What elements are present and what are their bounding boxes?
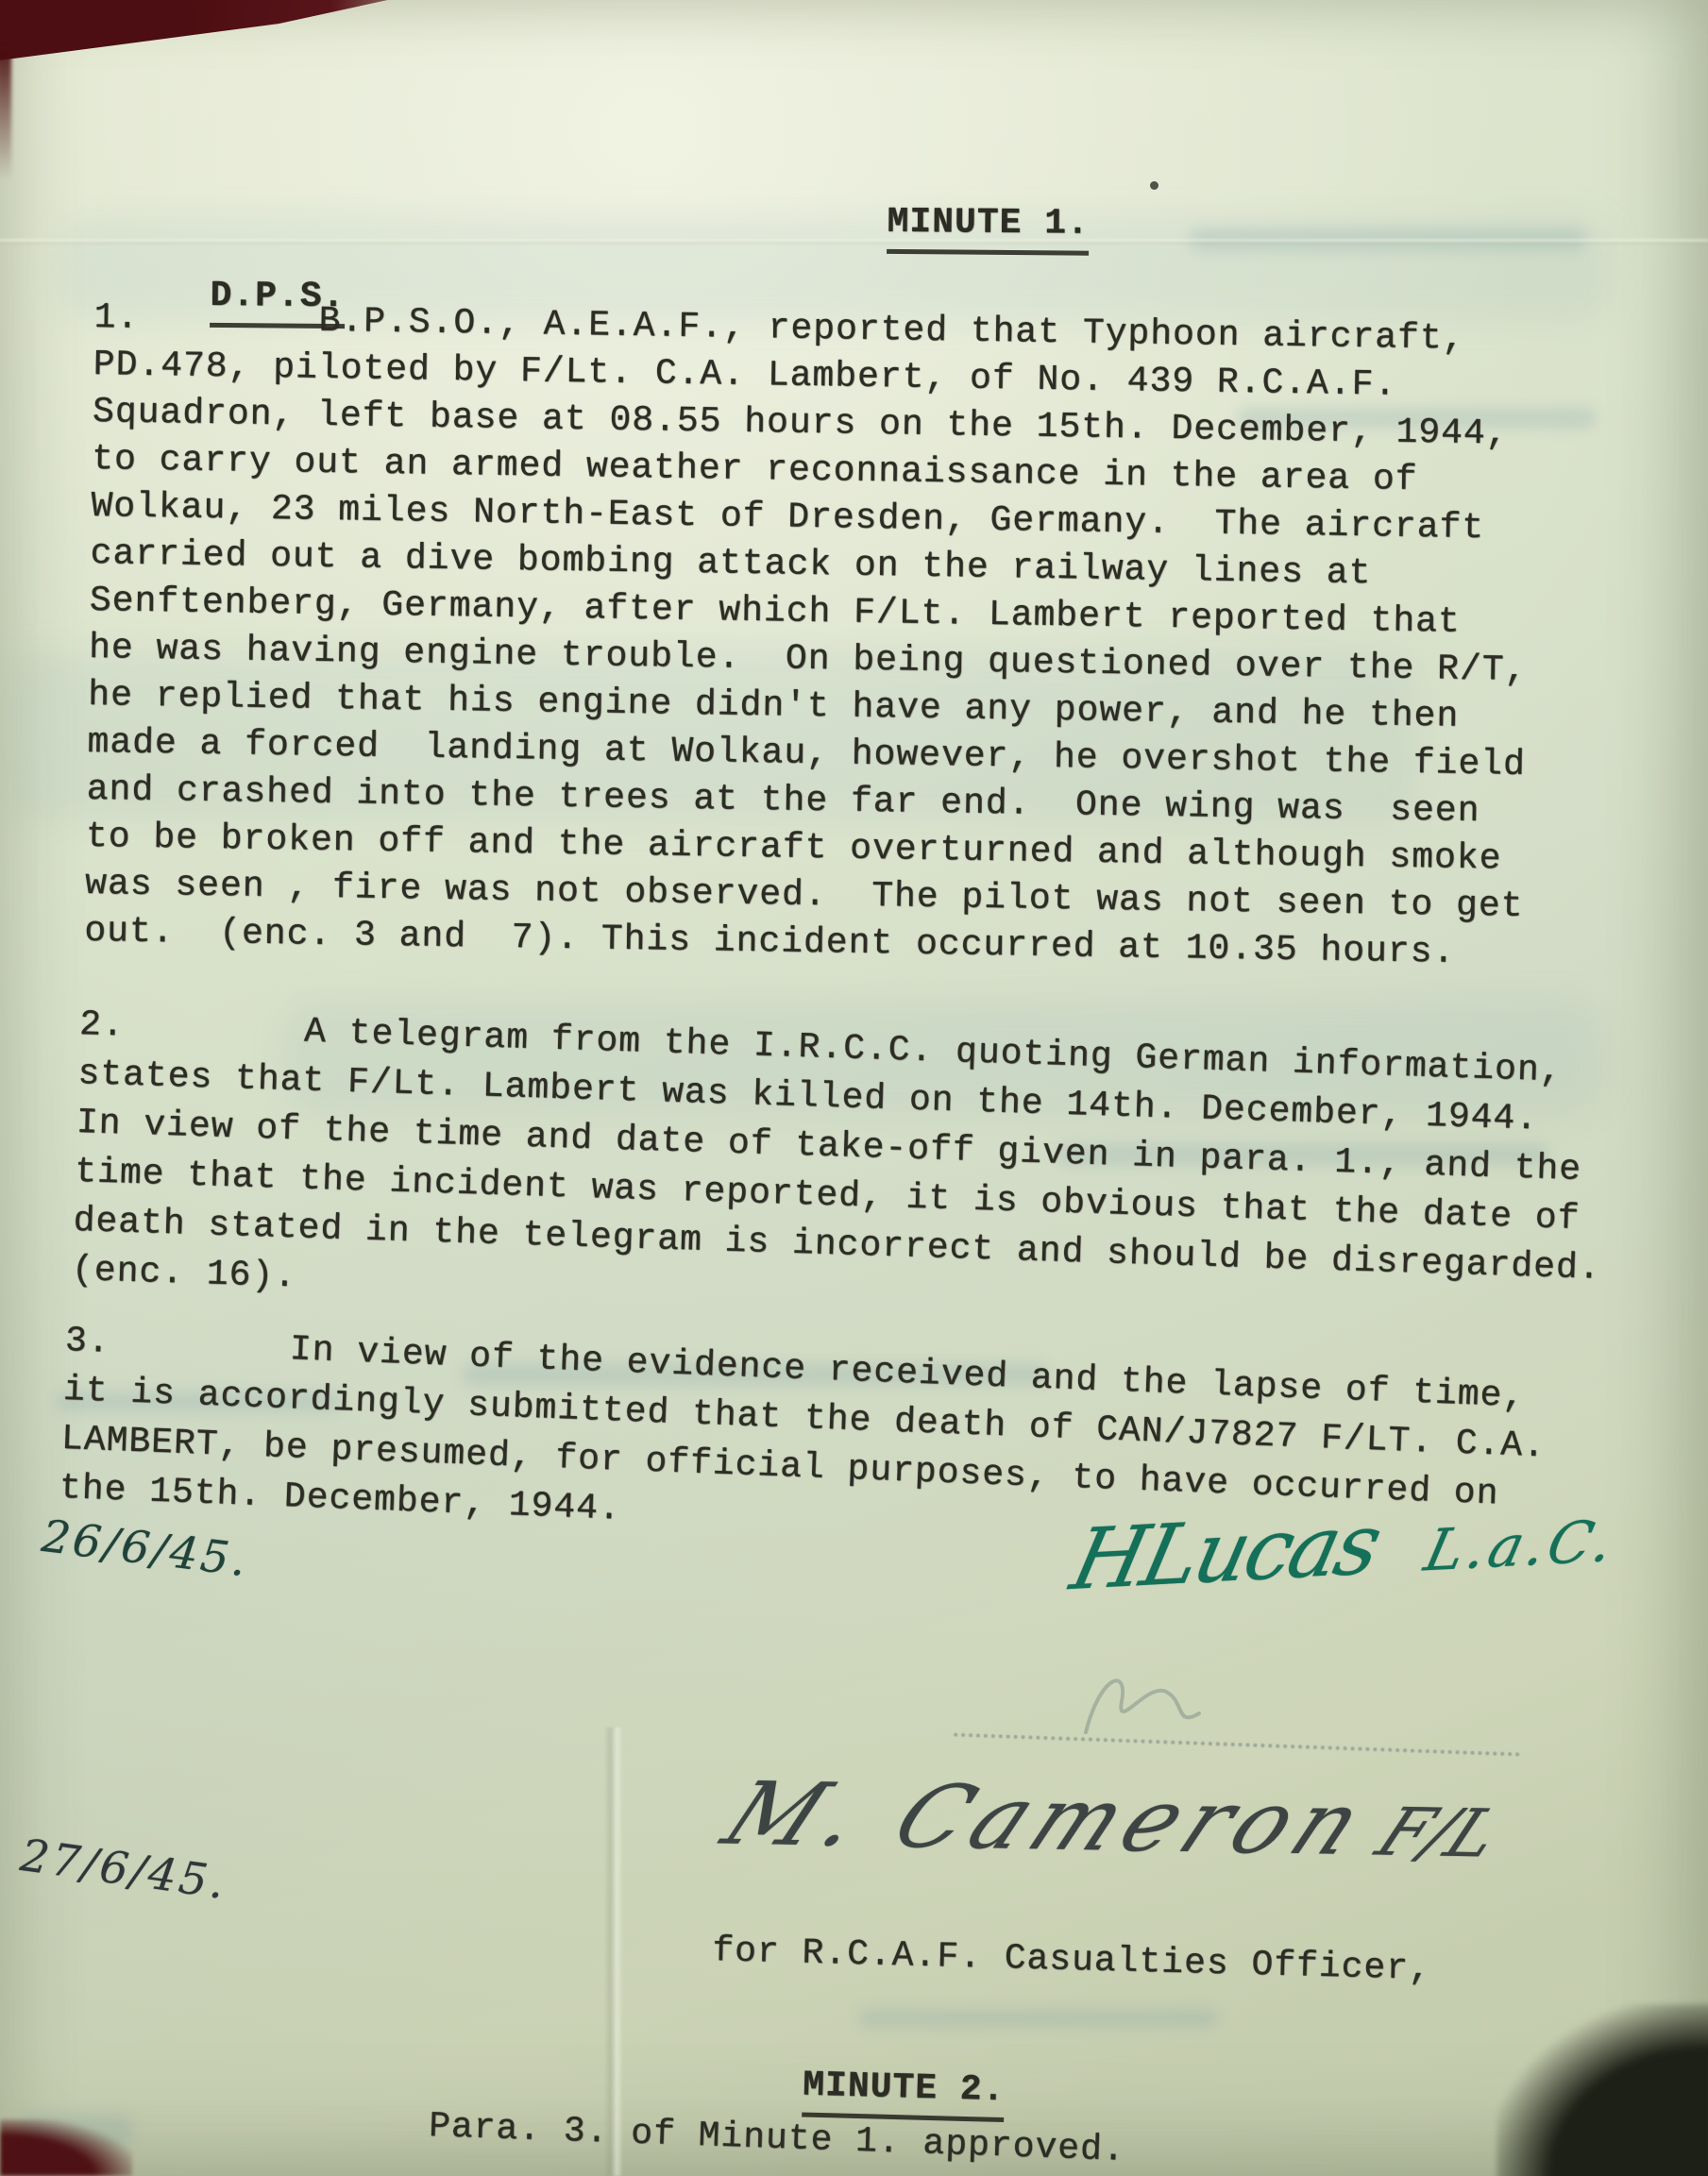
ghost-dotted-line	[954, 1733, 1520, 1757]
ink-speck	[1150, 181, 1158, 190]
cameron-signature-rank: F/L	[1365, 1794, 1514, 1872]
photo-corner-shadow	[1497, 2004, 1708, 2176]
document-photo: MINUTE 1. D.P.S. 1. B.P.S.O., A.E.A.F., …	[0, 0, 1708, 2176]
page-title-text: MINUTE 1.	[887, 202, 1090, 256]
cameron-signature: M. CameronF/L	[709, 1763, 1522, 1877]
minute1-date: 26/6/45.	[39, 1510, 251, 1587]
minute2-title-text: MINUTE 2.	[802, 2065, 1006, 2122]
lucas-signature-name: HLucas	[1063, 1494, 1388, 1609]
for-casualties-officer-line: for R.C.A.F. Casualties Officer,	[712, 1928, 1432, 1994]
approval-date: 27/6/45.	[17, 1830, 230, 1910]
bleedthrough-smudge	[19, 2115, 132, 2147]
page-title: MINUTE 1.	[797, 151, 1091, 295]
ghost-initials	[1076, 1662, 1218, 1746]
photo-corner-shadow	[0, 0, 469, 64]
photo-edge-shadow	[0, 38, 11, 179]
paragraph-1: 1. B.P.S.O., A.E.A.F., reported that Typ…	[84, 295, 1532, 978]
paragraph-2: 2. A telegram from the I.R.C.C. quoting …	[71, 1001, 1608, 1343]
photo-corner-shadow	[0, 2119, 132, 2176]
lucas-signature-rank: L.a.C.	[1419, 1508, 1624, 1584]
cameron-signature-name: M. Cameron	[709, 1763, 1387, 1875]
bleedthrough-smudge	[1190, 228, 1586, 251]
